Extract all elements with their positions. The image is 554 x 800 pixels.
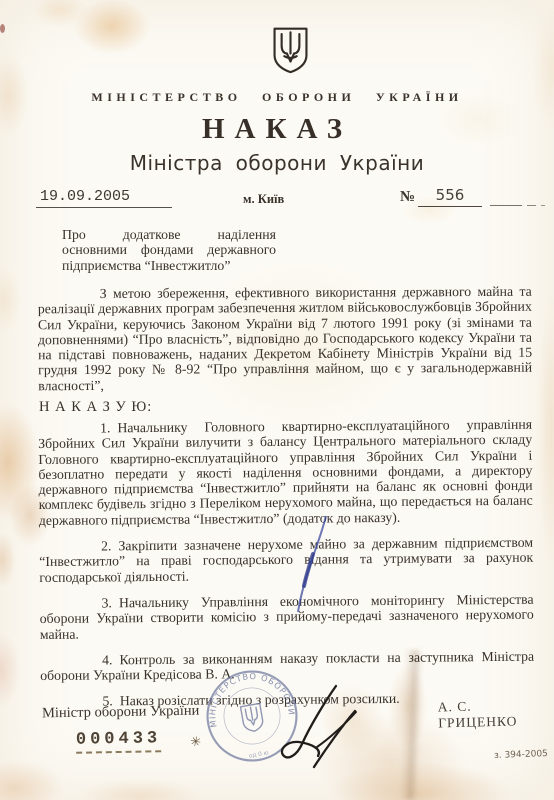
number-underline-dash [490, 205, 522, 206]
number-underline-dash [541, 205, 545, 206]
document-subtitle: Міністра оборони України [0, 151, 554, 175]
order-item-text: Закріпити зазначене нерухоме майно за де… [39, 535, 533, 585]
order-word: Н А К А З У Ю: [39, 399, 152, 416]
ukraine-trident-emblem-icon [271, 26, 310, 74]
scanned-order-document: МІНІСТЕРСТВО ОБОРОНИ УКРАЇНИ НАКАЗ Мініс… [0, 0, 554, 800]
place-label: м. Київ [243, 192, 284, 207]
order-item: 1.Начальнику Головного квартирно-експлуа… [38, 417, 533, 528]
date-field: 19.09.2005 [36, 188, 172, 208]
subject-line: Про додаткове наділення [62, 227, 276, 242]
registration-number-stamp: 000433 [76, 729, 162, 753]
order-item: 2.Закріпити зазначене нерухоме майно за … [39, 535, 533, 585]
subject-block: Про додаткове наділення основними фондам… [62, 227, 276, 273]
order-item-text: Начальнику Головного квартирно-експлуата… [38, 417, 533, 528]
number-underline-dash [527, 205, 536, 206]
signer-name: А. С. ГРИЦЕНКО [438, 696, 554, 731]
number-sign: № [400, 189, 415, 206]
order-item-number: 3. [102, 595, 112, 610]
signer-title: Міністр оборони України [42, 703, 200, 723]
seal-trident-icon [240, 703, 264, 733]
subject-line: підприємства “Інвестжитло” [62, 258, 276, 273]
order-number-field: 556 [418, 186, 482, 207]
subject-line: основними фондами державного [62, 242, 276, 257]
ministry-seal-stamp: МІНІСТЕРСТВО ОБОРОНИ од 0 ю [194, 658, 310, 774]
preamble-paragraph: З метою збереження, ефективного використ… [38, 284, 533, 394]
order-item-text: Начальнику Управління економічного моніт… [40, 592, 534, 642]
order-item-number: 4. [102, 652, 112, 667]
print-reference: з. 394-2005 [494, 749, 548, 761]
order-item: 3.Начальнику Управління економічного мон… [40, 592, 534, 642]
ink-speck [0, 24, 5, 33]
order-item-number: 1. [100, 420, 110, 435]
order-item-number: 2. [101, 538, 111, 553]
ministry-name: МІНІСТЕРСТВО ОБОРОНИ УКРАЇНИ [0, 90, 554, 105]
document-title: НАКАЗ [0, 113, 554, 146]
